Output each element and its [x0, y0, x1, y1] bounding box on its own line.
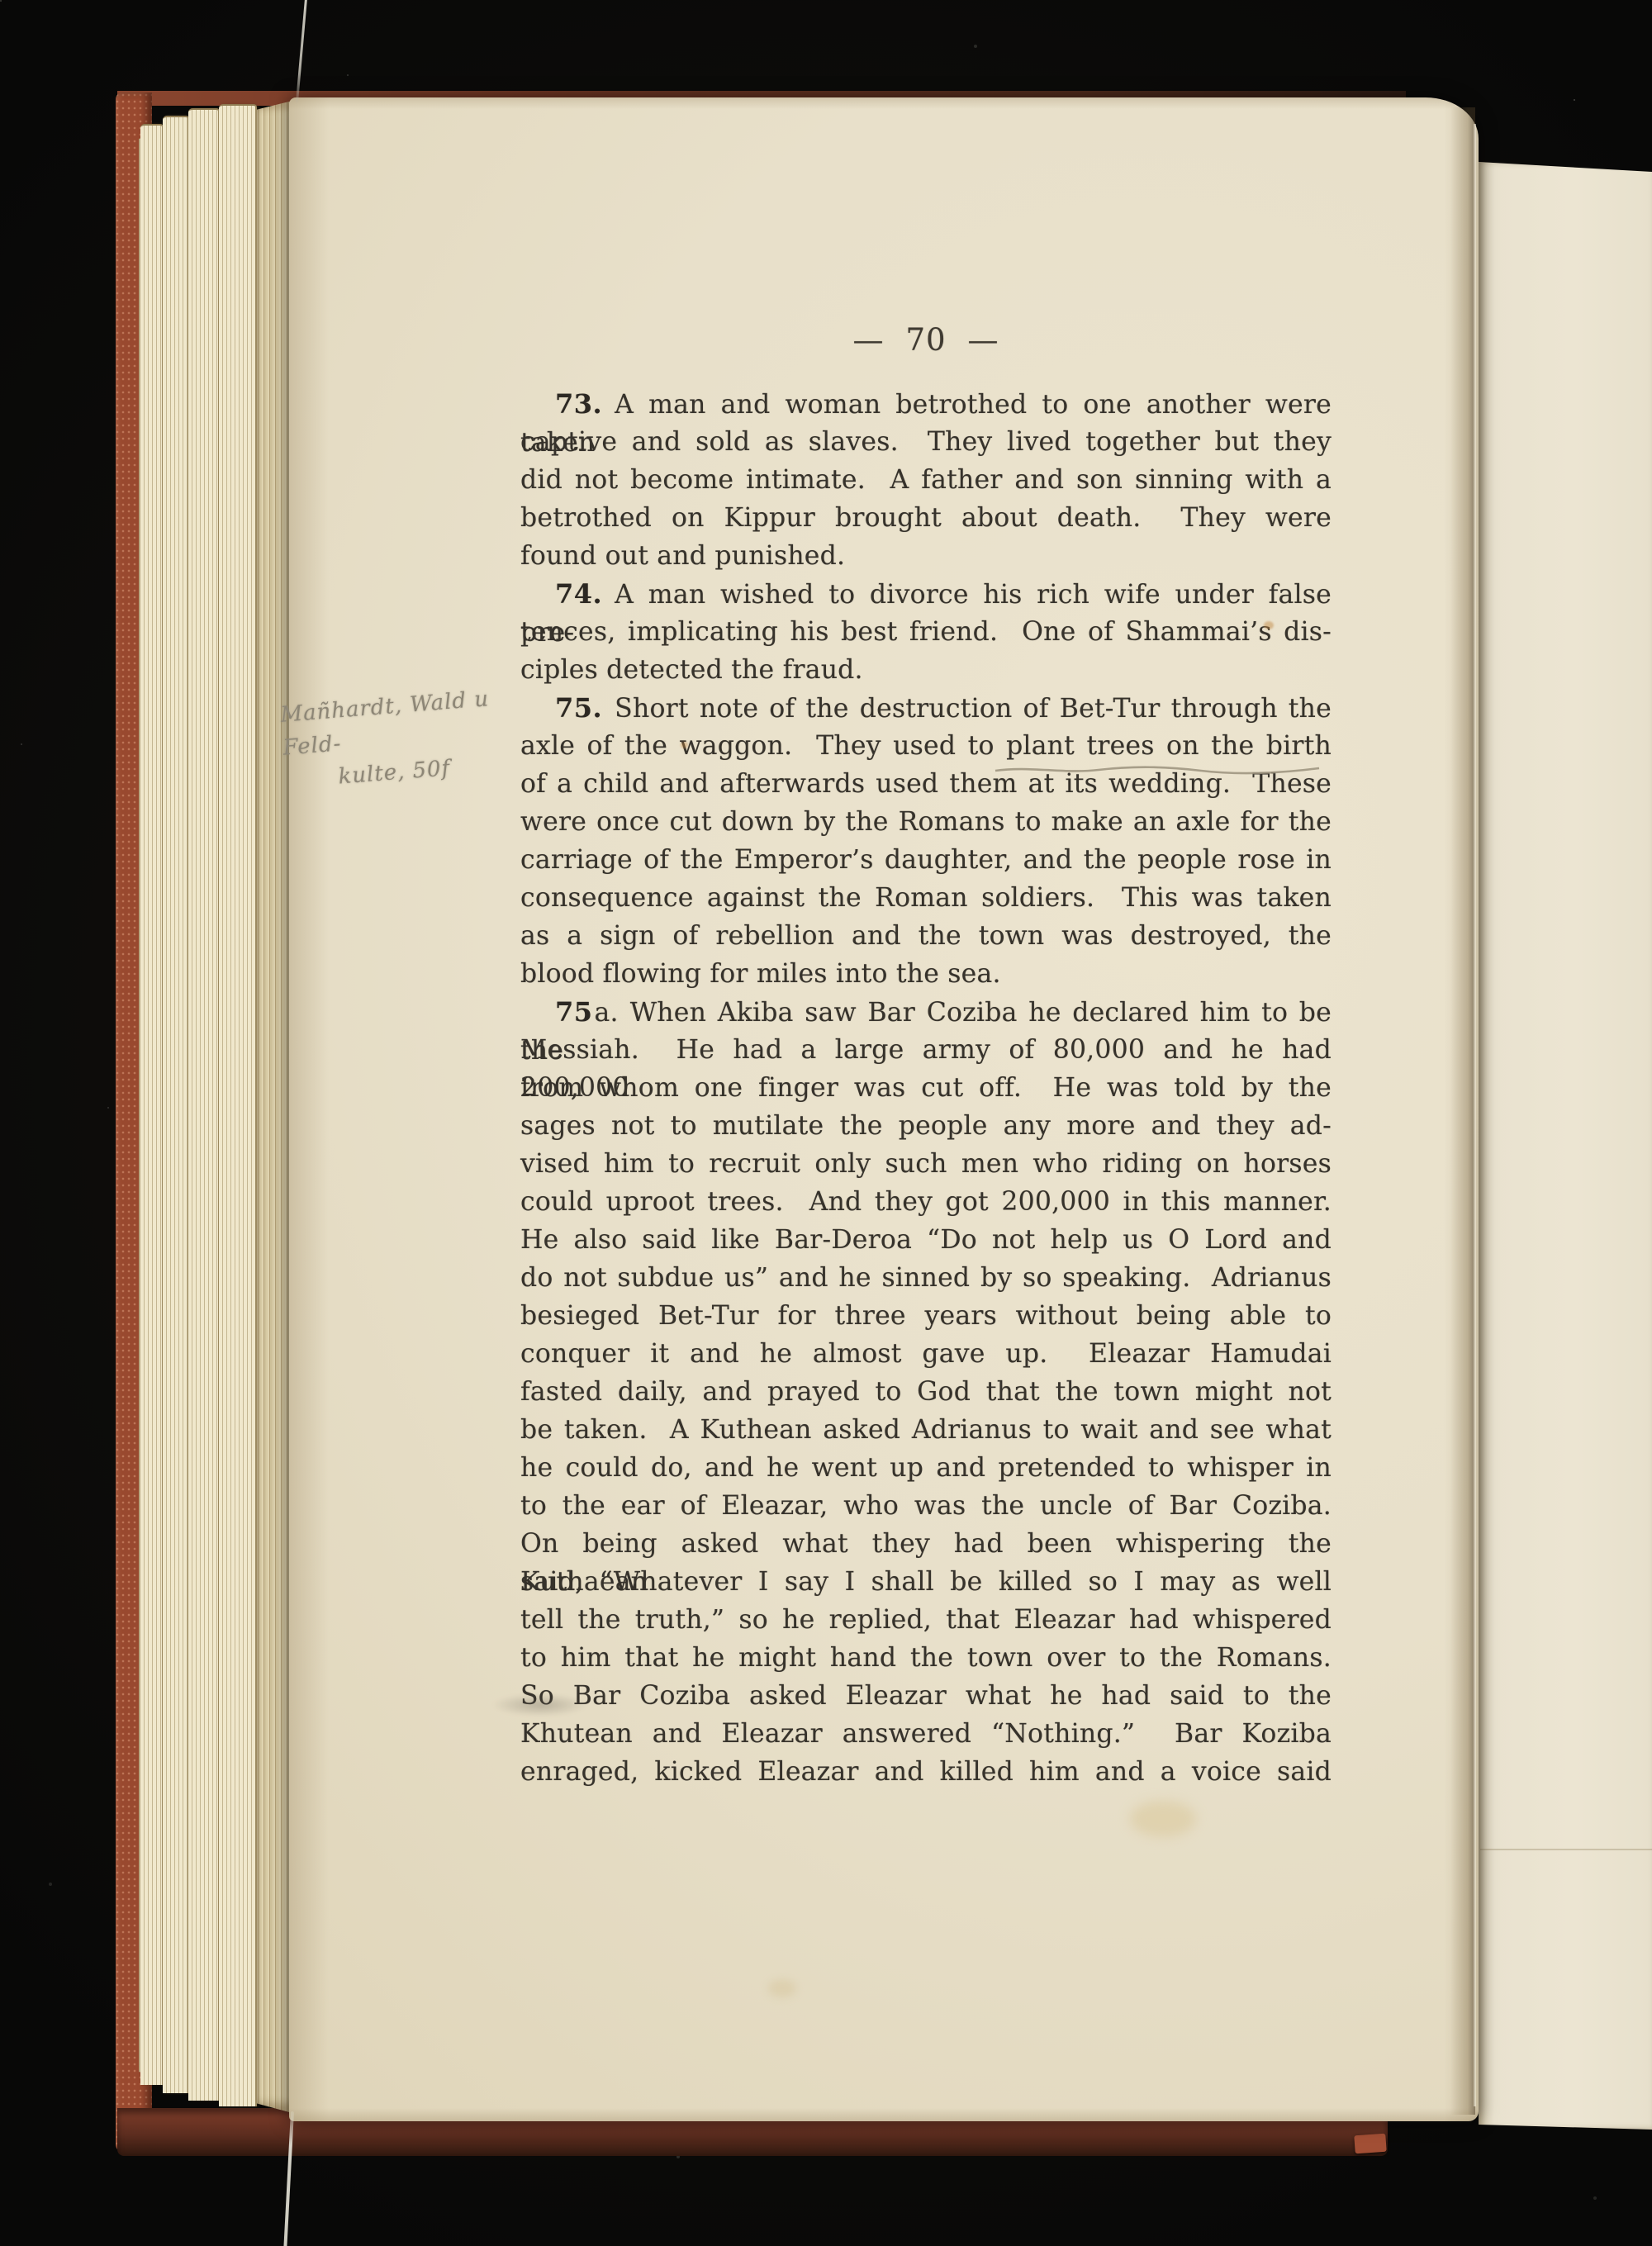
body-line-text: carriage of the Emperor’s daughter, and … — [520, 845, 1332, 875]
page-edge-sheet — [188, 108, 220, 2101]
facing-page — [1479, 162, 1652, 2130]
body-line: could uproot trees. And they got 200,000… — [520, 1183, 1332, 1221]
body-line: Khutean and Eleazar answered “Nothing.” … — [520, 1715, 1332, 1753]
body-line-text: to the ear of Eleazar, who was the uncle… — [520, 1491, 1332, 1521]
body-line: tences, implicating his best friend. One… — [520, 613, 1332, 651]
body-line: carriage of the Emperor’s daughter, and … — [520, 841, 1332, 879]
bookmark-thread-top — [296, 0, 307, 102]
body-line: enraged, kicked Eleazar and killed him a… — [520, 1753, 1332, 1791]
body-line-text: ciples detected the fraud. — [520, 655, 863, 685]
body-line-text: vised him to recruit only such men who r… — [520, 1149, 1332, 1179]
paragraph-number: 74. — [555, 578, 602, 610]
gutter-ridge — [1474, 124, 1476, 2106]
page-edge-sheet — [140, 124, 164, 2085]
body-line-text: as a sign of rebellion and the town was … — [520, 921, 1332, 951]
body-line: axle of the waggon. They used to plant t… — [520, 727, 1332, 765]
body-line-text: betrothed on Kippur brought about death.… — [520, 503, 1332, 533]
foxing-spot — [681, 742, 688, 748]
page-edge-sheet — [163, 116, 189, 2093]
body-line: captive and sold as slaves. They lived t… — [520, 423, 1332, 461]
body-line: to him that he might hand the town over … — [520, 1639, 1332, 1677]
body-line: be taken. A Kuthean asked Adrianus to wa… — [520, 1411, 1332, 1449]
body-line: Messiah. He had a large army of 80,000 a… — [520, 1031, 1332, 1069]
ink-smudge — [492, 1693, 588, 1717]
text-block: 73.A man and woman betrothed to one anot… — [520, 385, 1332, 1791]
body-line: 74.A man wished to divorce his rich wife… — [520, 575, 1332, 613]
paragraph-number: 75. — [555, 692, 602, 724]
foxing-spot — [1130, 1801, 1196, 1837]
body-line-text: tences, implicating his best friend. One… — [520, 617, 1332, 647]
body-line-text: conquer it and he almost gave up. Eleaza… — [520, 1339, 1332, 1369]
body-line-text: be taken. A Kuthean asked Adrianus to wa… — [520, 1415, 1332, 1445]
page-number-dash-left: — — [852, 322, 884, 358]
body-line-text: could uproot trees. And they got 200,000… — [520, 1187, 1332, 1217]
body-line-text: enraged, kicked Eleazar and killed him a… — [520, 1757, 1332, 1787]
body-line: He also said like Bar-Deroa “Do not help… — [520, 1221, 1332, 1259]
body-line: besieged Bet-Tur for three years without… — [520, 1297, 1332, 1335]
body-line: tell the truth,” so he replied, that Ele… — [520, 1601, 1332, 1639]
body-line-text: Short note of the destruction of Bet-Tur… — [615, 694, 1332, 724]
body-line-text: axle of the waggon. They used to plant t… — [520, 731, 1332, 761]
paragraph-number: 73. — [555, 388, 602, 420]
background-dust — [0, 0, 2, 2]
page-number-dash-right: — — [968, 322, 999, 358]
body-line: did not become intimate. A father and so… — [520, 461, 1332, 499]
body-line-text: were once cut down by the Romans to make… — [520, 807, 1332, 837]
body-line-text: did not become intimate. A father and so… — [520, 465, 1332, 495]
body-line: 75.Short note of the destruction of Bet-… — [520, 689, 1332, 727]
body-line: to the ear of Eleazar, who was the uncle… — [520, 1487, 1332, 1525]
page-number: — 70 — — [520, 322, 1332, 358]
body-line-text: tell the truth,” so he replied, that Ele… — [520, 1605, 1332, 1635]
body-line-text: from whom one finger was cut off. He was… — [520, 1073, 1332, 1103]
paragraph-number-suffix: a. — [595, 998, 619, 1028]
body-line: were once cut down by the Romans to make… — [520, 803, 1332, 841]
body-line-text: Khutean and Eleazar answered “Nothing.” … — [520, 1719, 1332, 1749]
body-line: from whom one finger was cut off. He was… — [520, 1069, 1332, 1107]
body-line-text: besieged Bet-Tur for three years without… — [520, 1301, 1332, 1331]
body-line: said, “Whatever I say I shall be killed … — [520, 1563, 1332, 1601]
body-line: 75a.When Akiba saw Bar Coziba he declare… — [520, 993, 1332, 1031]
foxing-spot — [768, 1979, 796, 1997]
body-line-text: to him that he might hand the town over … — [520, 1643, 1332, 1673]
paragraph-number: 75 — [555, 996, 593, 1028]
body-line-text: he could do, and he went up and pretende… — [520, 1453, 1332, 1483]
body-line-text: found out and punished. — [520, 541, 845, 571]
body-line: sages not to mutilate the people any mor… — [520, 1107, 1332, 1145]
facing-page-crease — [1480, 1849, 1652, 1850]
gutter-shadow — [1450, 107, 1475, 2115]
body-line: he could do, and he went up and pretende… — [520, 1449, 1332, 1487]
body-line: conquer it and he almost gave up. Eleaza… — [520, 1335, 1332, 1373]
body-line: ciples detected the fraud. — [520, 651, 1332, 689]
page-edge-sheet — [219, 104, 257, 2106]
body-line: So Bar Coziba asked Eleazar what he had … — [520, 1677, 1332, 1715]
body-line: blood flowing for miles into the sea. — [520, 955, 1332, 993]
pencil-underline — [993, 763, 1322, 776]
body-line-text: do not subdue us” and he sinned by so sp… — [520, 1263, 1332, 1293]
foxing-spot — [1264, 621, 1274, 629]
body-line: found out and punished. — [520, 537, 1332, 575]
body-line: betrothed on Kippur brought about death.… — [520, 499, 1332, 537]
body-line-text: consequence against the Roman soldiers. … — [520, 883, 1332, 913]
page-number-value: 70 — [905, 322, 946, 358]
body-line: 73.A man and woman betrothed to one anot… — [520, 385, 1332, 423]
body-line-text: blood flowing for miles into the sea. — [520, 959, 1001, 989]
body-line: fasted daily, and prayed to God that the… — [520, 1373, 1332, 1411]
body-line-text: sages not to mutilate the people any mor… — [520, 1111, 1332, 1141]
body-line: vised him to recruit only such men who r… — [520, 1145, 1332, 1183]
body-line-text: fasted daily, and prayed to God that the… — [520, 1377, 1332, 1407]
body-line: On being asked what they had been whispe… — [520, 1525, 1332, 1563]
body-line-text: He also said like Bar-Deroa “Do not help… — [520, 1225, 1332, 1255]
body-line: consequence against the Roman soldiers. … — [520, 879, 1332, 917]
body-line-text: captive and sold as slaves. They lived t… — [520, 427, 1332, 457]
body-line: do not subdue us” and he sinned by so sp… — [520, 1259, 1332, 1297]
body-line-text: So Bar Coziba asked Eleazar what he had … — [520, 1681, 1332, 1711]
body-line: as a sign of rebellion and the town was … — [520, 917, 1332, 955]
body-line-text: said, “Whatever I say I shall be killed … — [520, 1567, 1332, 1597]
book-cover-corner — [1354, 2134, 1386, 2154]
